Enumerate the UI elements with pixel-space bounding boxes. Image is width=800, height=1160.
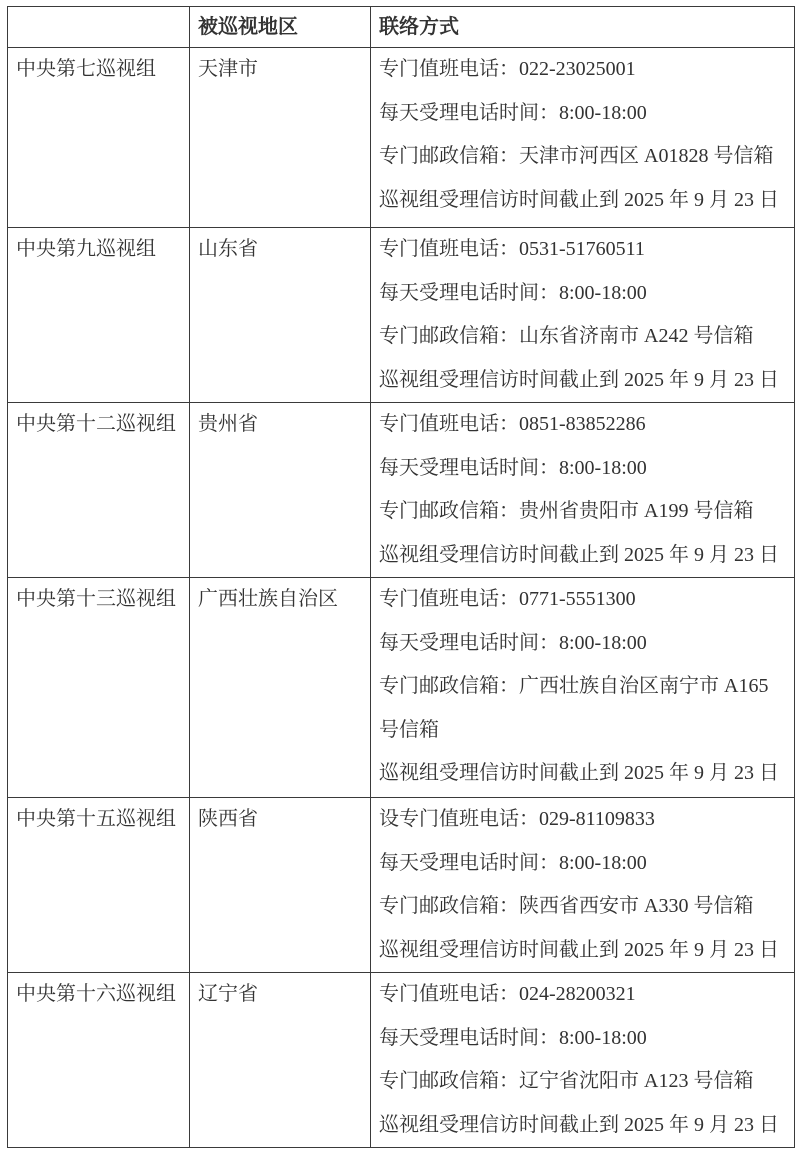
region-cell: 山东省 bbox=[190, 228, 371, 403]
group-name: 中央第十五巡视组 bbox=[16, 798, 183, 842]
group-cell: 中央第十二巡视组 bbox=[8, 403, 190, 578]
contact-phone: 专门值班电话：0531-51760511 bbox=[379, 228, 788, 272]
region-cell: 天津市 bbox=[190, 48, 371, 228]
region-cell: 贵州省 bbox=[190, 403, 371, 578]
contact-phone: 专门值班电话：022-23025001 bbox=[379, 48, 788, 92]
group-name: 中央第十三巡视组 bbox=[16, 578, 183, 622]
region-cell: 辽宁省 bbox=[190, 973, 371, 1148]
region-name: 广西壮族自治区 bbox=[198, 578, 364, 622]
header-group-blank bbox=[8, 7, 190, 48]
table-row: 中央第十六巡视组 辽宁省 专门值班电话：024-28200321 每天受理电话时… bbox=[8, 973, 795, 1148]
contact-mailbox: 专门邮政信箱：山东省济南市 A242 号信箱 bbox=[379, 315, 788, 359]
table-row: 中央第十五巡视组 陕西省 设专门值班电话：029-81109833 每天受理电话… bbox=[8, 798, 795, 973]
region-name: 天津市 bbox=[198, 48, 364, 92]
group-name: 中央第九巡视组 bbox=[16, 228, 183, 272]
group-cell: 中央第十五巡视组 bbox=[8, 798, 190, 973]
contact-deadline: 巡视组受理信访时间截止到 2025 年 9 月 23 日 bbox=[379, 1104, 788, 1148]
group-cell: 中央第十三巡视组 bbox=[8, 578, 190, 798]
region-cell: 广西壮族自治区 bbox=[190, 578, 371, 798]
group-name: 中央第七巡视组 bbox=[16, 48, 183, 92]
header-contact: 联络方式 bbox=[371, 7, 795, 48]
region-name: 贵州省 bbox=[198, 403, 364, 447]
table-row: 中央第七巡视组 天津市 专门值班电话：022-23025001 每天受理电话时间… bbox=[8, 48, 795, 228]
group-cell: 中央第九巡视组 bbox=[8, 228, 190, 403]
region-cell: 陕西省 bbox=[190, 798, 371, 973]
contact-mailbox: 专门邮政信箱：天津市河西区 A01828 号信箱 bbox=[379, 135, 788, 179]
region-name: 陕西省 bbox=[198, 798, 364, 842]
contact-phone: 专门值班电话：0771-5551300 bbox=[379, 578, 788, 622]
contact-deadline: 巡视组受理信访时间截止到 2025 年 9 月 23 日 bbox=[379, 929, 788, 973]
contact-mailbox: 专门邮政信箱：陕西省西安市 A330 号信箱 bbox=[379, 885, 788, 929]
contact-hours: 每天受理电话时间：8:00-18:00 bbox=[379, 92, 788, 136]
contact-phone: 专门值班电话：024-28200321 bbox=[379, 973, 788, 1017]
contact-mailbox: 专门邮政信箱：辽宁省沈阳市 A123 号信箱 bbox=[379, 1060, 788, 1104]
contact-hours: 每天受理电话时间：8:00-18:00 bbox=[379, 447, 788, 491]
header-row: 被巡视地区 联络方式 bbox=[8, 7, 795, 48]
contact-phone: 专门值班电话：0851-83852286 bbox=[379, 403, 788, 447]
contact-deadline: 巡视组受理信访时间截止到 2025 年 9 月 23 日 bbox=[379, 752, 788, 796]
group-cell: 中央第十六巡视组 bbox=[8, 973, 190, 1148]
header-region: 被巡视地区 bbox=[190, 7, 371, 48]
group-cell: 中央第七巡视组 bbox=[8, 48, 190, 228]
contact-phone: 设专门值班电话：029-81109833 bbox=[379, 798, 788, 842]
region-name: 辽宁省 bbox=[198, 973, 364, 1017]
contact-deadline: 巡视组受理信访时间截止到 2025 年 9 月 23 日 bbox=[379, 359, 788, 403]
table-row: 中央第十三巡视组 广西壮族自治区 专门值班电话：0771-5551300 每天受… bbox=[8, 578, 795, 798]
region-name: 山东省 bbox=[198, 228, 364, 272]
contact-cell: 专门值班电话：0771-5551300 每天受理电话时间：8:00-18:00 … bbox=[371, 578, 795, 798]
contact-cell: 专门值班电话：0531-51760511 每天受理电话时间：8:00-18:00… bbox=[371, 228, 795, 403]
contact-mailbox: 专门邮政信箱：贵州省贵阳市 A199 号信箱 bbox=[379, 490, 788, 534]
contact-hours: 每天受理电话时间：8:00-18:00 bbox=[379, 272, 788, 316]
table-row: 中央第九巡视组 山东省 专门值班电话：0531-51760511 每天受理电话时… bbox=[8, 228, 795, 403]
contact-deadline: 巡视组受理信访时间截止到 2025 年 9 月 23 日 bbox=[379, 179, 788, 223]
group-name: 中央第十六巡视组 bbox=[16, 973, 183, 1017]
contact-cell: 专门值班电话：022-23025001 每天受理电话时间：8:00-18:00 … bbox=[371, 48, 795, 228]
contact-cell: 设专门值班电话：029-81109833 每天受理电话时间：8:00-18:00… bbox=[371, 798, 795, 973]
table-row: 中央第十二巡视组 贵州省 专门值班电话：0851-83852286 每天受理电话… bbox=[8, 403, 795, 578]
group-name: 中央第十二巡视组 bbox=[16, 403, 183, 447]
inspection-groups-table: 被巡视地区 联络方式 中央第七巡视组 天津市 专门值班电话：022-230250… bbox=[7, 6, 795, 1148]
contact-hours: 每天受理电话时间：8:00-18:00 bbox=[379, 1017, 788, 1061]
contact-hours: 每天受理电话时间：8:00-18:00 bbox=[379, 622, 788, 666]
contact-cell: 专门值班电话：0851-83852286 每天受理电话时间：8:00-18:00… bbox=[371, 403, 795, 578]
contact-cell: 专门值班电话：024-28200321 每天受理电话时间：8:00-18:00 … bbox=[371, 973, 795, 1148]
contact-mailbox: 专门邮政信箱：广西壮族自治区南宁市 A165 号信箱 bbox=[379, 665, 788, 752]
contact-hours: 每天受理电话时间：8:00-18:00 bbox=[379, 842, 788, 886]
contact-deadline: 巡视组受理信访时间截止到 2025 年 9 月 23 日 bbox=[379, 534, 788, 578]
